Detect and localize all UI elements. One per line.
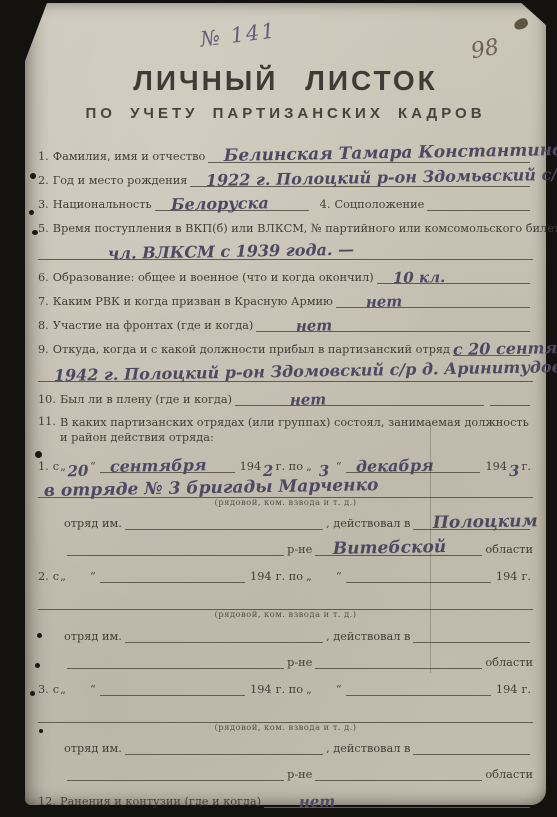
printed-text: отряд им. [64,742,122,755]
field-line [125,515,323,530]
handwritten-month: декабря [355,457,433,474]
printed-text: р-не [287,543,312,556]
handwritten-value: 1922 г. Полоцкий р-он Здомьвский с/р [206,167,557,189]
handwritten-value: нет [299,794,336,810]
printed-text: , действовал в [326,742,410,755]
field-line: сентября [100,458,235,473]
quote-mark: „ [306,683,312,696]
field-label: Ранения и контузии (где и когда) [60,795,261,808]
quote-mark: „ [60,570,66,583]
field-line: Витебской [315,541,482,556]
printed-year-prefix: 194 [496,570,518,583]
field-label: В каких партизанских отрядах (или группа… [60,415,533,446]
handwritten-value: нет [296,318,333,334]
field-number: 9. [38,343,49,356]
field-line: нет [336,293,530,308]
quote-mark: „ [60,683,66,696]
printed-text: области [485,656,533,669]
field-number: 2. [38,174,49,187]
printed-text: , действовал в [326,517,410,530]
field-label: Время поступления в ВКП(б) или ВЛКСМ, № … [53,222,557,235]
field-label: Национальность [53,198,152,211]
field-line [346,681,491,696]
field-label: Откуда, когда и с какой должности прибыл… [53,343,450,356]
field-number: 8. [38,319,49,332]
field-number: 1. [38,150,49,163]
handwritten-month: сентября [109,457,206,475]
detachment-entry-position [38,708,533,723]
handwritten-day [313,581,335,582]
printed-text: г. [521,570,531,583]
handwritten-position: в отряде № 3 бригады Марченко [44,477,379,500]
printed-text: отряд им. [64,517,122,530]
printed-text: , действовал в [326,630,410,643]
field-line: нет [256,317,530,332]
field-label: Год и место рождения [53,174,188,187]
field-detachments: 11. В каких партизанских отрядах (или гр… [38,415,533,446]
field-line: 1942 г. Полоцкий р-он Здомовский с/р д. … [38,367,533,382]
detachment-entry-district: р-не области [38,766,533,781]
field-birth: 2. Год и место рождения 1922 г. Полоцкий… [38,172,533,187]
printed-year-prefix: 194 [250,570,272,583]
field-fronts: 8. Участие на фронтах (где и когда) нет [38,317,533,332]
printed-text: с [53,460,59,473]
field-party-membership: 5. Время поступления в ВКП(б) или ВЛКСМ,… [38,220,533,235]
field-number: 7. [38,295,49,308]
position-hint: (рядовой, ком. взвода и т. д.) [38,724,533,733]
field-line: с 20 сентября [453,341,530,356]
field-party-membership-value: чл. ВЛКСМ с 1939 года. — [38,245,533,260]
page-title: ЛИЧНЫЙ ЛИСТОК [25,65,546,97]
quote-mark: „ [306,570,312,583]
field-line: 1922 г. Полоцкий р-он Здомьвский с/р [190,172,530,187]
quote-mark: “ [90,683,96,696]
handwritten-day [313,693,335,694]
printed-text: г. по [276,683,303,696]
field-line [315,654,482,669]
field-line [490,391,530,406]
printed-text: р-не [287,768,312,781]
field-number: 4. [320,198,331,211]
handwritten-day: 3 [313,470,335,471]
quote-mark: “ [90,570,96,583]
field-number: 10. [38,393,56,406]
field-line [427,196,530,211]
field-line [125,628,323,643]
ink-speck [35,451,42,458]
field-number: 5. [38,222,49,235]
ink-speck [32,230,38,235]
field-line [125,740,323,755]
paper-crease [430,423,431,673]
detachment-entry-dates: 3. с „ “ 194 г. по „ “ 194 г. [38,681,533,696]
printed-text: г. по [276,570,303,583]
detachment-entry-district: р-не области [38,654,533,669]
field-wounds: 12. Ранения и контузии (где и когда) нет [38,793,533,808]
handwritten-value: Белинская Тамара Константиновна [224,141,557,165]
detachment-entry-unit: отряд им. , действовал в [38,628,533,643]
field-line [346,568,491,583]
field-label: Фамилия, имя и отчество [53,150,206,163]
field-number: 6. [38,271,49,284]
handwritten-value: чл. ВЛКСМ с 1939 года. — [108,242,354,262]
field-line [100,568,245,583]
quote-mark: “ [90,460,96,473]
doc-number-pencil: № 141 [199,18,278,51]
corner-stain [513,17,530,31]
handwritten-day [67,693,89,694]
handwritten-day: 20 [67,470,89,471]
field-captivity: 10. Был ли в плену (где и когда) нет [38,391,533,406]
printed-text: области [485,543,533,556]
printed-text: р-не [287,656,312,669]
field-line: чл. ВЛКСМ с 1939 года. — [38,245,533,260]
handwritten-value: Белоруска [170,195,268,213]
field-line [38,595,533,610]
field-education: 6. Образование: общее и военное (что и к… [38,269,533,284]
field-line: в отряде № 3 бригады Марченко [38,483,533,498]
field-number: 3. [38,198,49,211]
handwritten-region: Полоцким [433,513,538,532]
printed-year-prefix: 194 [485,460,507,473]
field-line [100,681,245,696]
ink-speck [35,663,40,668]
printed-text: области [485,768,533,781]
detachment-entry-dates: 2. с „ “ 194 г. по „ “ 194 г. [38,568,533,583]
field-line: декабря [346,458,481,473]
printed-year-prefix: 194 [496,683,518,696]
printed-text: с [53,570,59,583]
field-arrival: 9. Откуда, когда и с какой должности при… [38,341,533,356]
field-line [67,766,284,781]
field-nationality-social: 3. Национальность Белоруска 4. Соцположе… [38,196,533,211]
field-line [67,654,284,669]
ink-speck [37,633,42,638]
quote-mark: „ [306,460,312,473]
handwritten-value: 10 кл. [392,270,445,286]
field-line [315,766,482,781]
field-line: Белинская Тамара Константиновна [208,148,530,163]
field-label: Был ли в плену (где и когда) [60,393,232,406]
field-arrival-line2: 1942 г. Полоцкий р-он Здомовский с/р д. … [38,367,533,382]
page-subtitle: ПО УЧЕТУ ПАРТИЗАНСКИХ КАДРОВ [25,105,546,122]
quote-mark: “ [336,683,342,696]
detachment-entry-dates: 1. с „ 20 “ сентября 1942 г. по „ 3 “ де… [38,458,533,473]
detachment-entry-unit: отряд им. , действовал в Полоцким [38,515,533,530]
printed-year-prefix: 194 [250,683,272,696]
field-line: 10 кл. [377,269,530,284]
field-line [67,541,284,556]
printed-text: отряд им. [64,630,122,643]
field-label: Каким РВК и когда призван в Красную Арми… [53,295,333,308]
handwritten-value: 1942 г. Полоцкий р-он Здомовский с/р д. … [54,359,557,384]
field-line [413,740,530,755]
scanned-document: № 141 98 ЛИЧНЫЙ ЛИСТОК ПО УЧЕТУ ПАРТИЗАН… [0,0,557,817]
field-number: 11. [38,415,56,428]
printed-text: г. по [276,460,303,473]
ink-speck [29,210,34,215]
handwritten-day [67,581,89,582]
printed-year-prefix: 194 [240,460,262,473]
printed-text: г. [521,460,531,473]
torn-corner [25,3,47,61]
printed-text: г. [521,683,531,696]
entry-number: 3. [38,683,49,696]
handwritten-value: с 20 сентября [453,340,557,358]
position-hint: (рядовой, ком. взвода и т. д.) [38,611,533,620]
ink-speck [30,691,35,696]
field-label: Образование: общее и военное (что и когд… [53,271,374,284]
quote-mark: “ [336,460,342,473]
field-line: Белоруска [155,196,309,211]
entry-number: 2. [38,570,49,583]
field-number: 12. [38,795,56,808]
ink-speck [30,173,36,179]
field-line [38,708,533,723]
detachment-entry-position: в отряде № 3 бригады Марченко [38,483,533,498]
field-line: нет [235,391,484,406]
page-number-pencil: 98 [469,35,501,64]
handwritten-value: нет [366,294,403,310]
field-line: нет [264,793,530,808]
field-rvk: 7. Каким РВК и когда призван в Красную А… [38,293,533,308]
field-surname: 1. Фамилия, имя и отчество Белинская Там… [38,148,533,163]
form-body: 1. Фамилия, имя и отчество Белинская Там… [38,139,533,808]
paper-sheet: № 141 98 ЛИЧНЫЙ ЛИСТОК ПО УЧЕТУ ПАРТИЗАН… [25,3,546,805]
field-label: Участие на фронтах (где и когда) [53,319,254,332]
handwritten-value: нет [290,392,327,408]
entry-number: 1. [38,460,49,473]
detachment-entry-unit: отряд им. , действовал в [38,740,533,755]
quote-mark: „ [60,460,66,473]
ink-speck [39,729,43,733]
field-label: Соцположение [334,198,424,211]
detachment-entry-district: р-не Витебской области [38,541,533,556]
quote-mark: “ [336,570,342,583]
detachment-entry-position [38,595,533,610]
printed-text: с [53,683,59,696]
